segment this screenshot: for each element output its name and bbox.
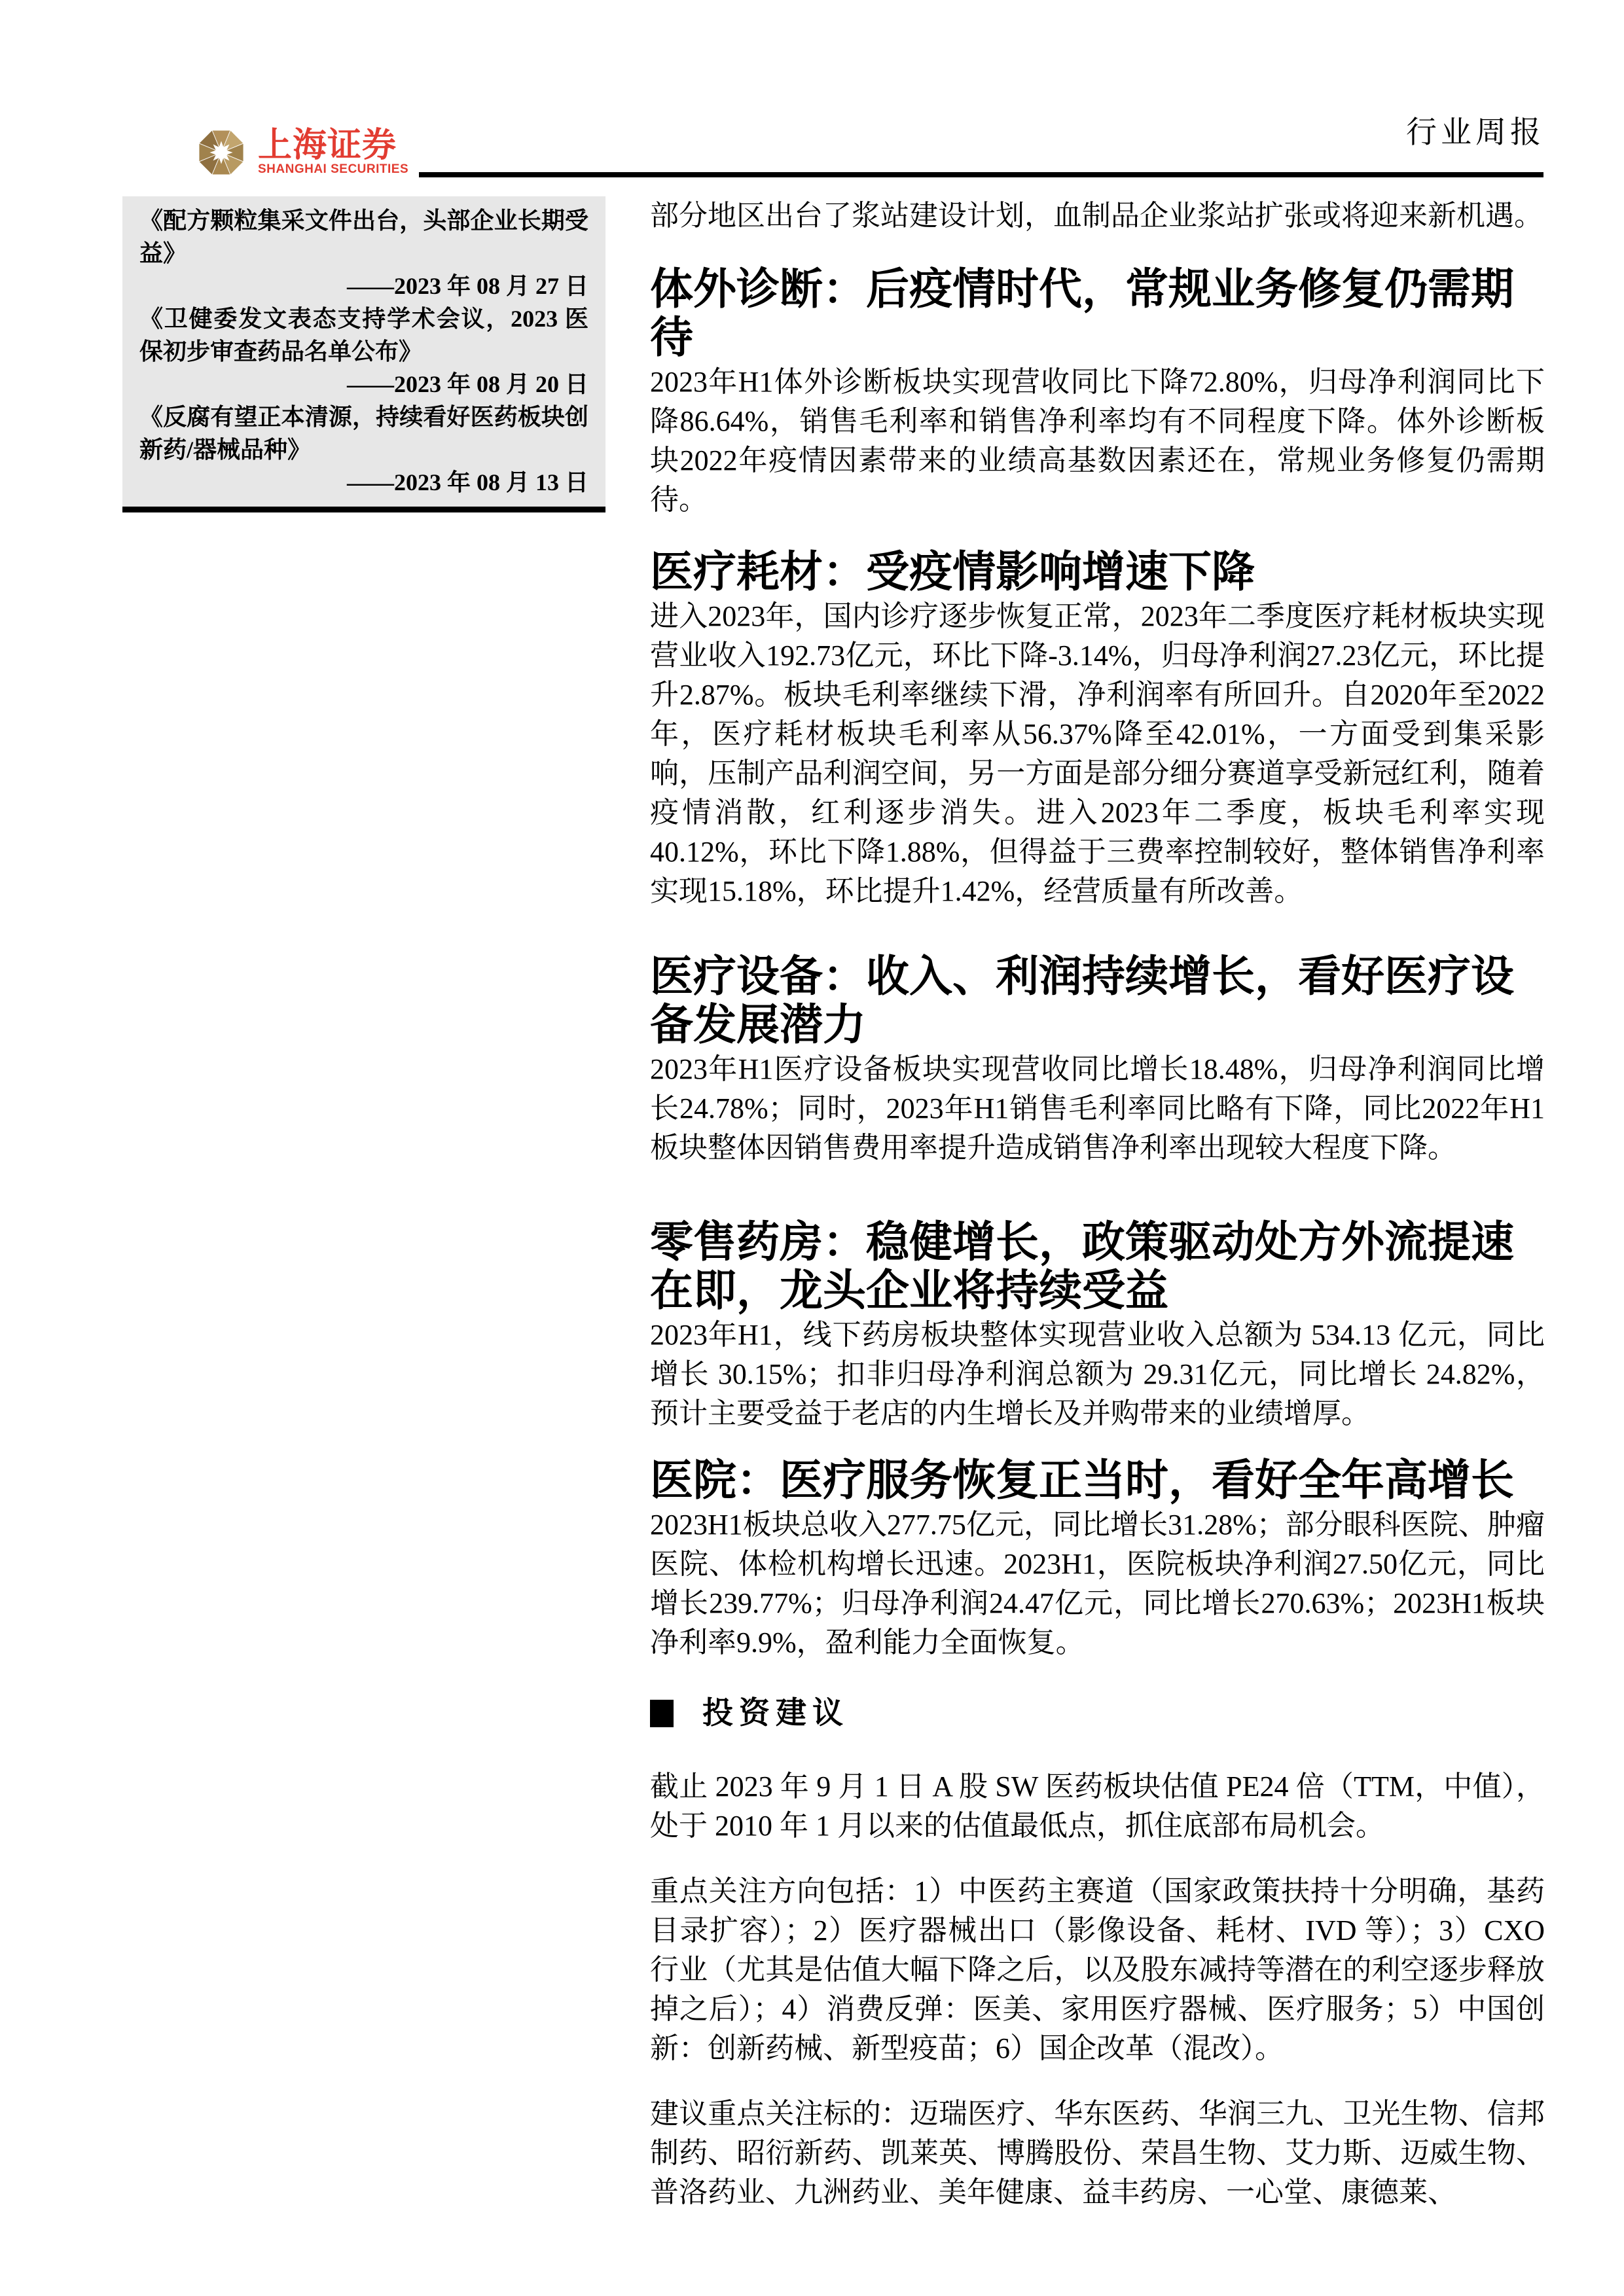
section-body-ivd: 2023年H1体外诊断板块实现营收同比下降72.80%，归母净利润同比下降86.…	[650, 363, 1545, 520]
report-ref-date: ——2023 年 08 月 27 日	[139, 270, 588, 302]
section-heading-pharmacy: 零售药房：稳健增长，政策驱动处方外流提速在即，龙头企业将持续受益	[650, 1219, 1545, 1316]
advice-paragraph-directions: 重点关注方向包括：1）中医药主赛道（国家政策扶持十分明确，基药目录扩容）；2）医…	[650, 1872, 1545, 2068]
report-ref-title: 《配方颗粒集采文件出台，头部企业长期受益》	[139, 204, 588, 270]
intro-paragraph: 部分地区出台了浆站建设计划，血制品企业浆站扩张或将迎来新机遇。	[650, 196, 1545, 236]
advice-paragraph-stocks: 建议重点关注标的：迈瑞医疗、华东医药、华润三九、卫光生物、信邦制药、昭衍新药、凯…	[650, 2094, 1545, 2212]
report-ref-item: 《卫健委发文表态支持学术会议，2023 医保初步审查药品名单公布》 ——2023…	[139, 302, 588, 401]
section-body-hospital: 2023H1板块总收入277.75亿元，同比增长31.28%；部分眼科医院、肿瘤…	[650, 1505, 1545, 1662]
section-heading-hospital: 医院：医疗服务恢复正当时，看好全年高增长	[650, 1457, 1545, 1505]
brand-logo: 上海证券 SHANGHAI SECURITIES	[195, 124, 408, 181]
section-heading-consumables: 医疗耗材：受疫情影响增速下降	[650, 548, 1545, 597]
report-type-label: 行业周报	[1406, 117, 1545, 149]
main-content: 部分地区出台了浆站建设计划，血制品企业浆站扩张或将迎来新机遇。 体外诊断：后疫情…	[650, 196, 1545, 2212]
report-ref-item: 《反腐有望正本清源，持续看好医药板块创新药/器械品种》 ——2023 年 08 …	[139, 401, 588, 499]
brand-name-en: SHANGHAI SECURITIES	[258, 162, 408, 177]
advice-paragraph-valuation: 截止 2023 年 9 月 1 日 A 股 SW 医药板块估值 PE24 倍（T…	[650, 1767, 1545, 1846]
report-ref-date: ——2023 年 08 月 20 日	[139, 368, 588, 401]
advice-heading-label: 投资建议	[702, 1694, 849, 1733]
section-body-devices: 2023年H1医疗设备板块实现营收同比增长18.48%，归母净利润同比增长24.…	[650, 1050, 1545, 1168]
section-heading-devices: 医疗设备：收入、利润持续增长，看好医疗设备发展潜力	[650, 953, 1545, 1050]
star-cutout	[209, 141, 232, 164]
report-ref-item: 《配方颗粒集采文件出台，头部企业长期受益》 ——2023 年 08 月 27 日	[139, 204, 588, 302]
brand-logo-text: 上海证券 SHANGHAI SECURITIES	[258, 124, 408, 177]
section-heading-ivd: 体外诊断：后疫情时代，常规业务修复仍需期待	[650, 266, 1545, 363]
section-body-consumables: 进入2023年，国内诊疗逐步恢复正常，2023年二季度医疗耗材板块实现营业收入1…	[650, 597, 1545, 911]
advice-section-heading: 投资建议	[650, 1694, 1545, 1733]
report-ref-date: ——2023 年 08 月 13 日	[139, 466, 588, 499]
report-ref-title: 《反腐有望正本清源，持续看好医药板块创新药/器械品种》	[139, 401, 588, 466]
report-ref-title: 《卫健委发文表态支持学术会议，2023 医保初步审查药品名单公布》	[139, 302, 588, 368]
prior-reports-panel: 《配方颗粒集采文件出台，头部企业长期受益》 ——2023 年 08 月 27 日…	[122, 196, 605, 512]
header-rule	[419, 172, 1543, 177]
brand-octagon-icon	[195, 124, 247, 181]
square-bullet-icon	[650, 1700, 674, 1727]
section-body-pharmacy: 2023年H1，线下药房板块整体实现营业收入总额为 534.13 亿元，同比增长…	[650, 1316, 1545, 1433]
brand-name-cn: 上海证券	[258, 128, 408, 162]
